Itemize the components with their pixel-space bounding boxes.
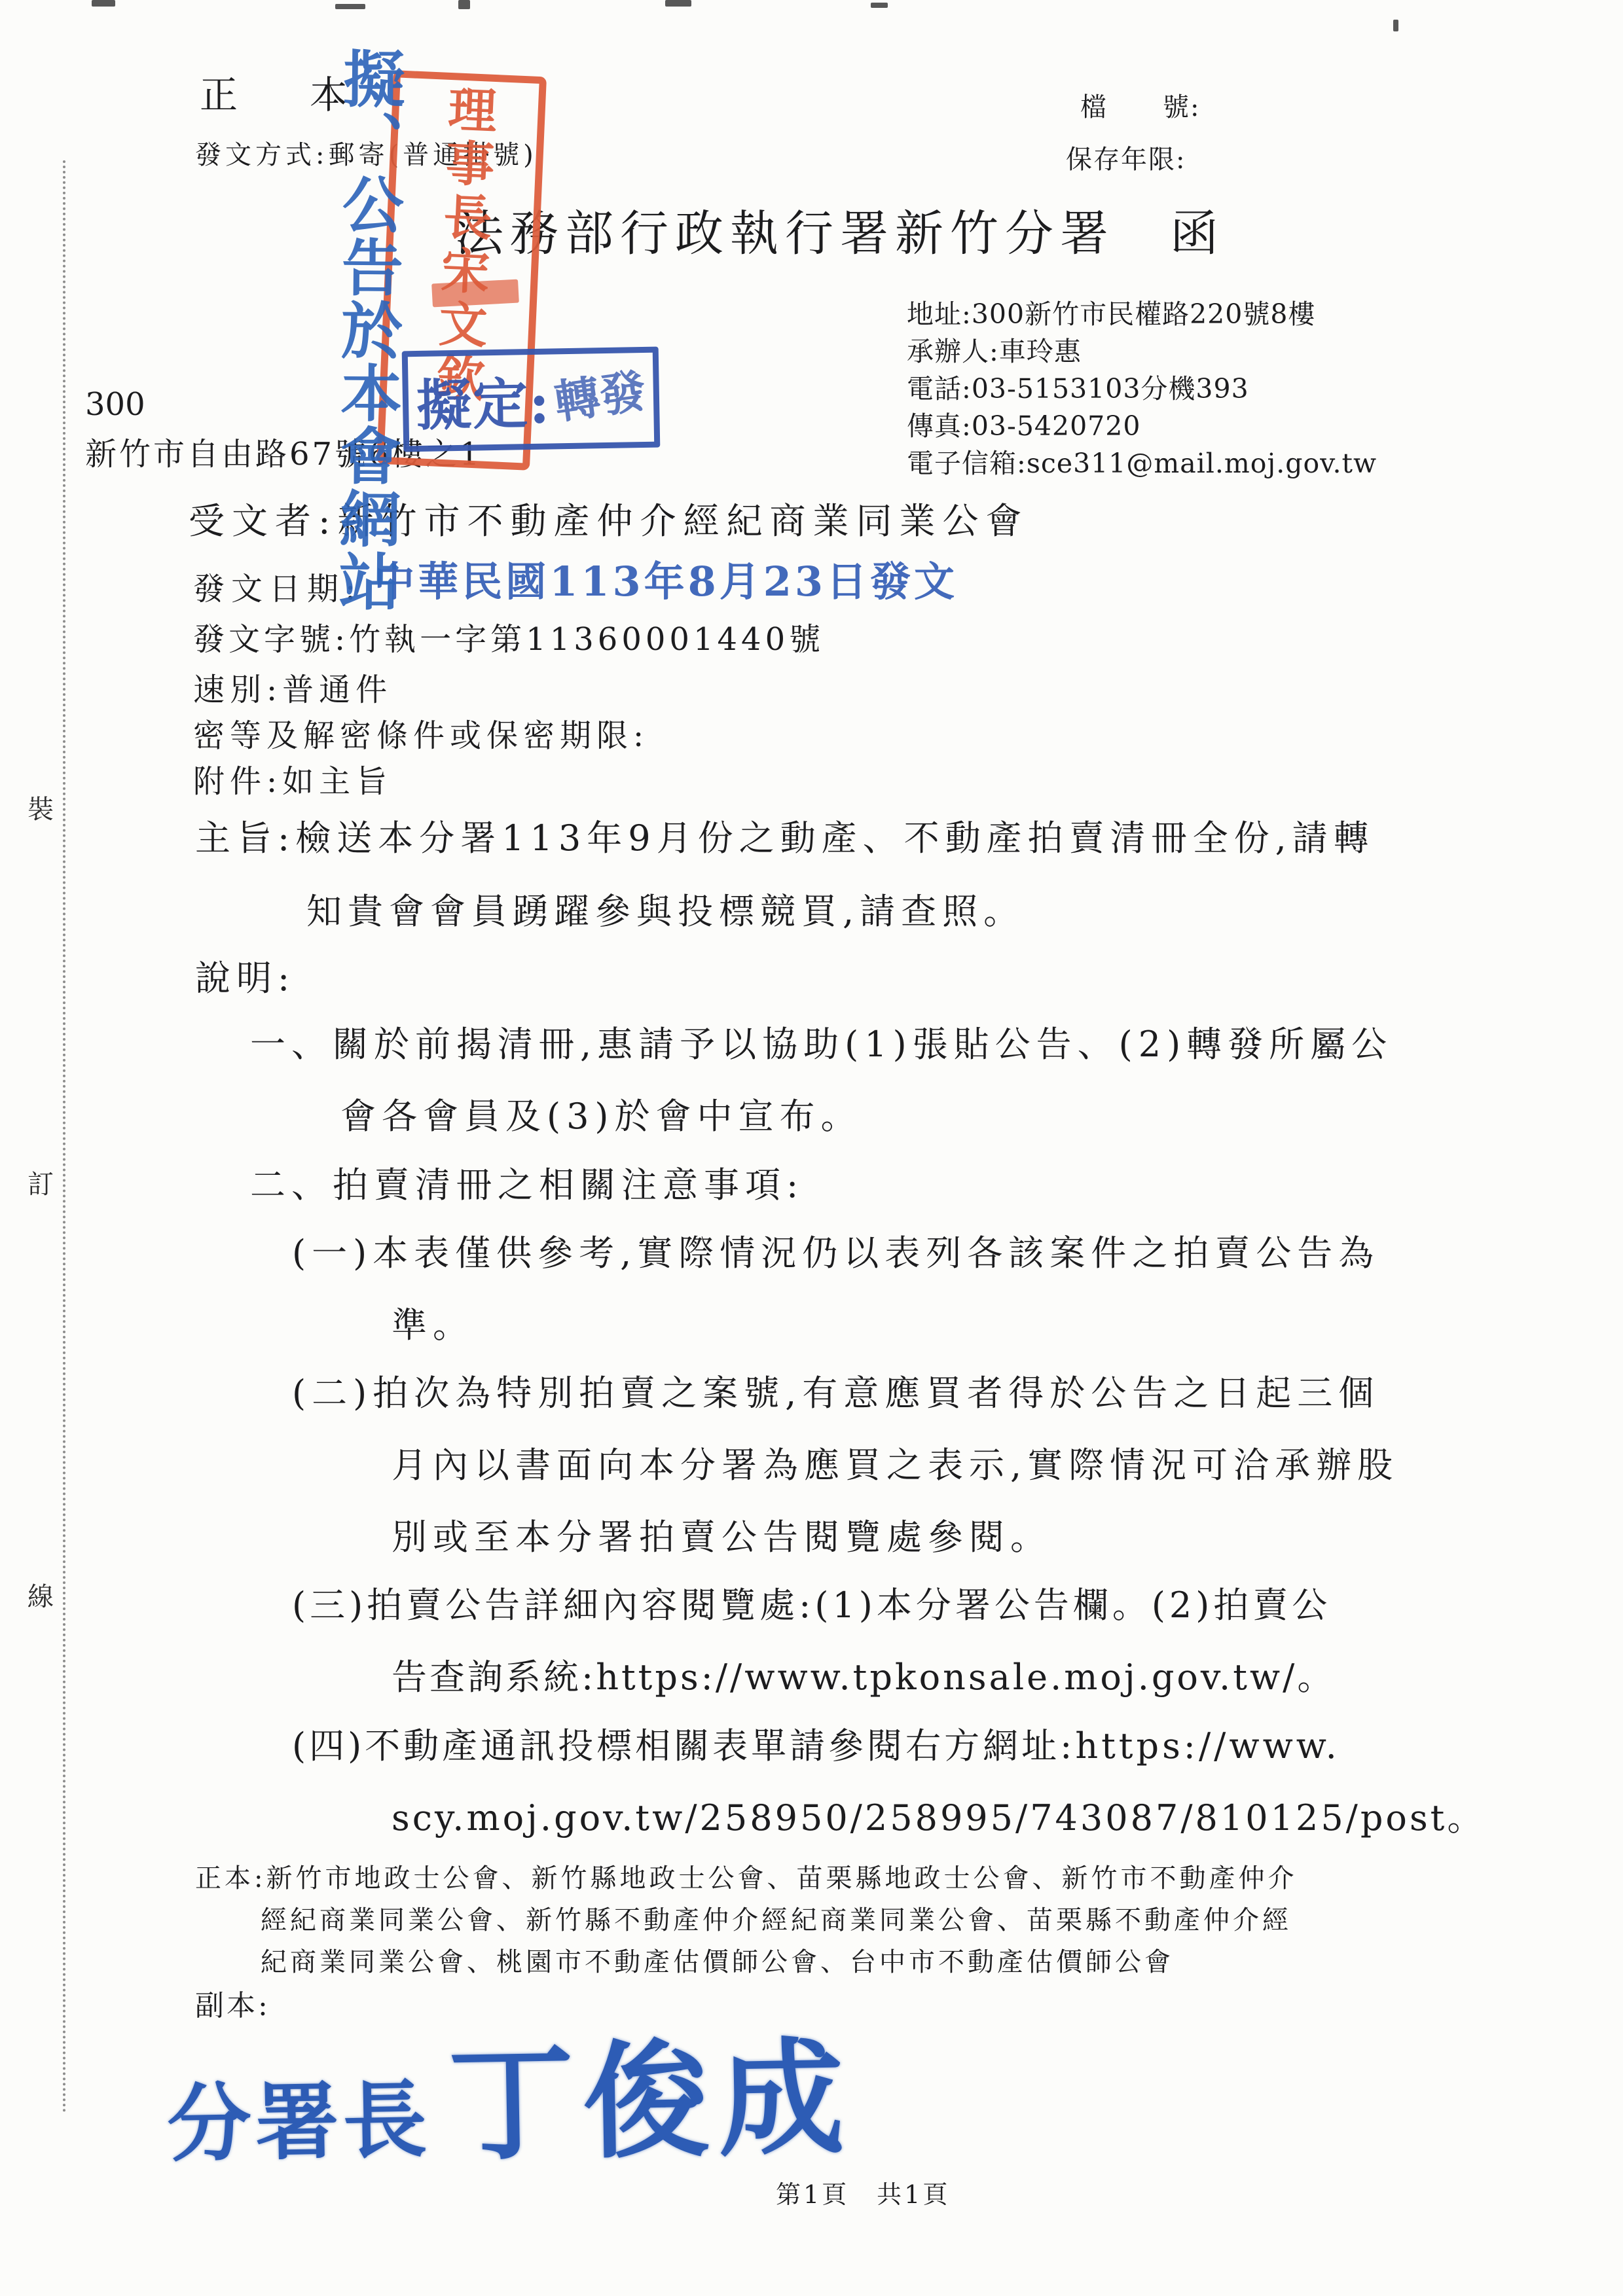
item1-line-1: 一、關於前揭清冊,惠請予以協助(1)張貼公告、(2)轉發所屬公 [250,1016,1393,1067]
item2-1-line-1: (一)本表僅供參考,實際情況仍以表列各該案件之拍賣公告為 [292,1225,1379,1276]
binding-mark-zhuang: 裝 [27,789,54,826]
agency-contact-person: 承辦人:車玲惠 [907,333,1377,370]
decision-stamp-handwriting: 轉發 [550,353,650,432]
scan-artifact [665,0,691,7]
signature-title: 分署長 [166,2071,431,2174]
subject-line-1: 主旨:檢送本分署113年9月份之動產、不動產拍賣清冊全份,請轉 [195,810,1375,861]
distribution-original-line-1: 正本:新竹市地政士公會、新竹縣地政士公會、苗栗縣地政士公會、新竹市不動產仲介 [195,1857,1297,1895]
scan-artifact [1393,20,1398,31]
signature-name: 丁俊成 [447,2024,854,2179]
agency-fax: 傳真:03-5420720 [907,408,1377,445]
scan-artifact [458,0,470,9]
agency-phone: 電話:03-5153103分機393 [907,370,1377,408]
scan-artifact [871,3,888,8]
item2-2-line-3: 別或至本分署拍賣公告閱覽處參閱。 [392,1509,1051,1560]
item2-3-line-1: (三)拍賣公告詳細內容閱覽處:(1)本分署公告欄。(2)拍賣公 [292,1577,1331,1628]
scanned-official-letter: 裝 訂 線 正 本 發文方式:郵寄(普通掛號) 檔 號: 保存年限: 法務部行政… [0,0,1623,2296]
item2-3-line-2-url: 告查詢系統:https://www.tpkonsale.moj.gov.tw/。 [392,1649,1335,1700]
distribution-original-line-2: 經紀商業同業公會、新竹縣不動產仲介經紀商業同業公會、苗栗縣不動產仲介經 [261,1899,1292,1937]
agency-email: 電子信箱:sce311@mail.moj.gov.tw [907,445,1377,482]
scan-artifact [92,0,115,7]
security-line: 密等及解密條件或保密期限: [193,710,649,755]
attachment-line: 附件:如主旨 [193,756,392,801]
distribution-original-line-3: 紀商業同業公會、桃園市不動產估價師公會、台中市不動產估價師公會 [261,1941,1174,1979]
retention-period-label: 保存年限: [1066,139,1186,176]
agency-contact-block: 地址:300新竹市民權路220號8樓 承辦人:車玲惠 電話:03-5153103… [907,296,1377,482]
item2-2-line-2: 月內以書面向本分署為應買之表示,實際情況可洽承辦股 [392,1437,1398,1488]
issue-date-line: 發文日期:中華民國113年8月23日發文 [193,553,958,611]
item2-4-line-1: (四)不動產通訊投標相關表單請參閱右方網址:https://www. [292,1718,1340,1768]
subject-line-2: 知貴會會員踴躍參與投標競買,請查照。 [306,884,1025,934]
recipient-line: 受文者:新竹市不動產仲介經紀商業同業公會 [189,492,1029,544]
binding-mark-xian: 線 [27,1576,54,1613]
issue-date-stamp: 中華民國113年8月23日發文 [374,558,958,605]
item2-2-line-1: (二)拍次為特別拍賣之案號,有意應買者得於公告之日起三個 [292,1365,1379,1416]
file-number-label: 檔 號: [1080,86,1200,124]
binding-mark-ding: 訂 [27,1164,54,1201]
recipient-postal-code: 300 [85,386,145,423]
signature-stamp: 分署長丁俊成 [166,1997,855,2189]
doc-number-line: 發文字號:竹執一字第11360001440號 [193,614,824,659]
explanation-heading: 說明: [195,950,295,1001]
decision-stamp-label: 擬定: [416,359,551,441]
page-number-footer: 第1頁 共1頁 [776,2174,950,2210]
agency-address: 地址:300新竹市民權路220號8樓 [907,296,1377,333]
item2-4-line-2-url: scy.moj.gov.tw/258950/258995/743087/8101… [392,1790,1485,1840]
decision-stamp-box: 擬定: 轉發 [402,347,661,452]
handwritten-note-vertical: 擬、公告於本會網站 [319,46,414,708]
item1-line-2: 會各會員及(3)於會中宣布。 [340,1088,862,1139]
item2-heading: 二、拍賣清冊之相關注意事項: [250,1157,804,1208]
binding-dotted-line [63,160,65,2114]
document-title: 法務部行政執行署新竹分署 函 [455,195,1225,264]
item2-1-line-2: 準。 [392,1297,474,1348]
scan-artifact [335,4,365,9]
